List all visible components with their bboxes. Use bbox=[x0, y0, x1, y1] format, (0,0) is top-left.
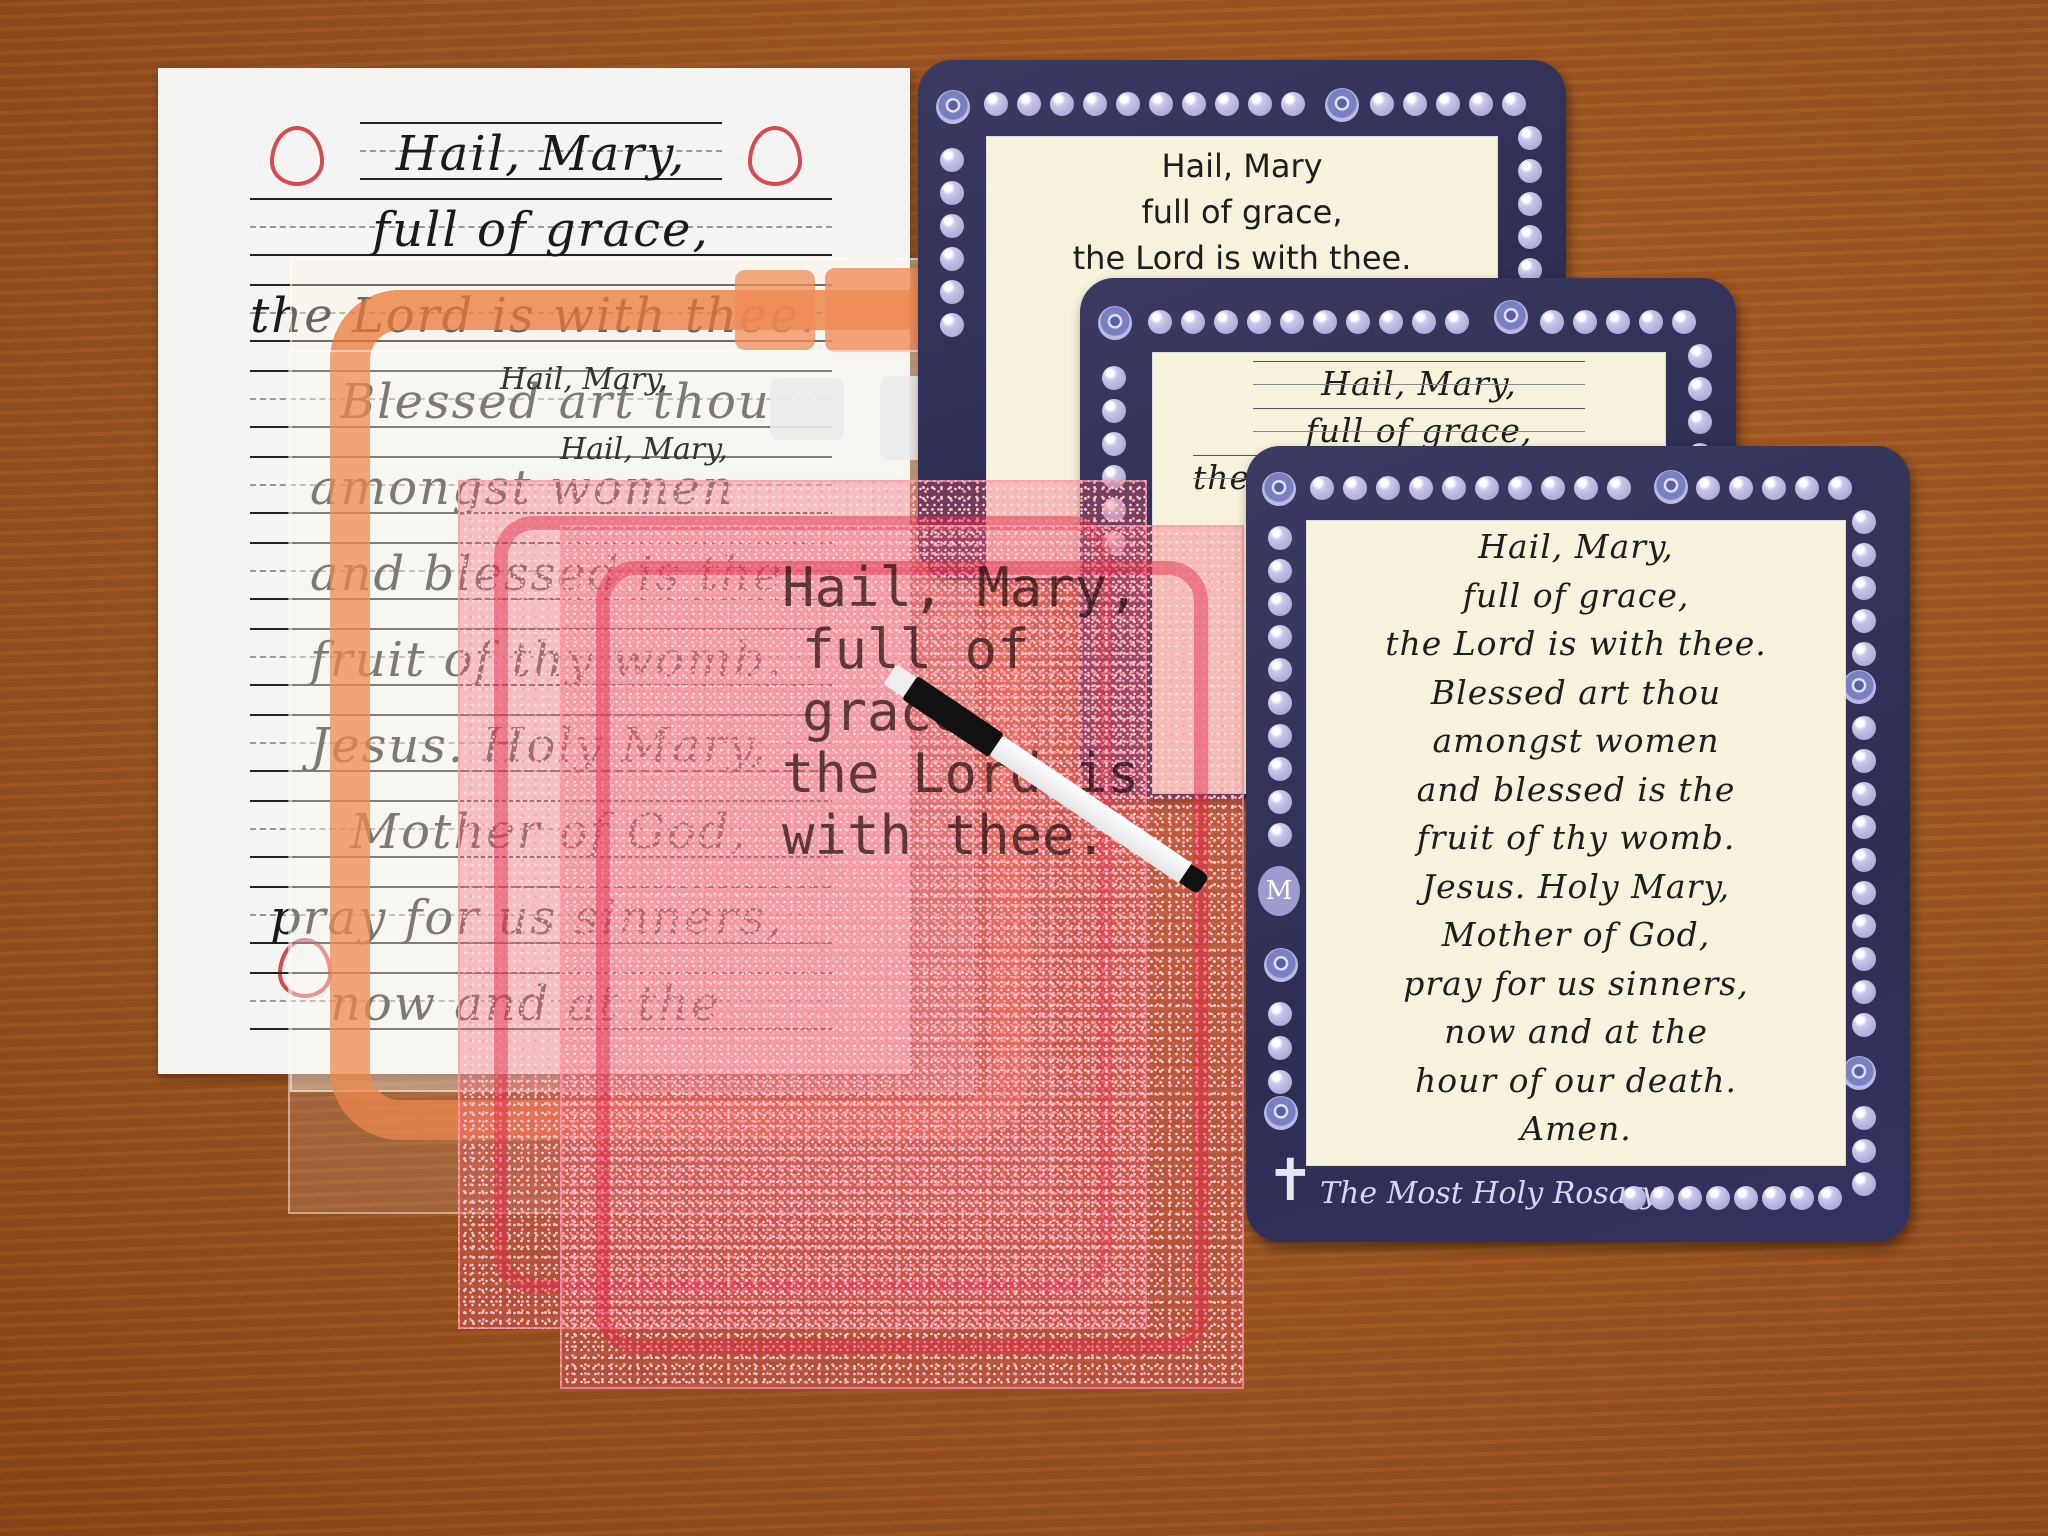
bead-icon bbox=[1343, 476, 1367, 500]
bead-icon bbox=[1574, 476, 1598, 500]
bead-icon bbox=[1818, 1186, 1842, 1210]
bead-icon bbox=[1403, 92, 1427, 116]
bead-icon bbox=[1852, 815, 1876, 839]
bead-icon bbox=[940, 181, 964, 205]
bead-icon bbox=[1281, 92, 1305, 116]
bead-icon bbox=[1409, 476, 1433, 500]
bead-icon bbox=[1688, 377, 1712, 401]
board-main-line: the Lord is with thee. bbox=[1307, 620, 1845, 669]
bead-icon bbox=[1678, 1186, 1702, 1210]
rose-icon bbox=[1098, 306, 1132, 340]
bead-icon bbox=[940, 280, 964, 304]
bead-icon bbox=[1268, 625, 1292, 649]
bead-icon bbox=[1622, 1186, 1646, 1210]
bead-icon bbox=[1696, 476, 1720, 500]
bead-icon bbox=[1268, 559, 1292, 583]
bead-icon bbox=[1268, 1070, 1292, 1094]
bead-icon bbox=[1508, 476, 1532, 500]
bead-icon bbox=[1518, 225, 1542, 249]
glitter-text: Hail, Mary, full of grace, the Lord is w… bbox=[782, 557, 1242, 867]
bead-icon bbox=[1706, 1186, 1730, 1210]
bead-icon bbox=[1370, 92, 1394, 116]
white-tab-small bbox=[770, 378, 844, 440]
board-main-line: fruit of thy womb. bbox=[1307, 814, 1845, 863]
board-print-line: the Lord is with thee. bbox=[987, 235, 1497, 281]
bead-icon bbox=[940, 148, 964, 172]
board-main-line: hour of our death. bbox=[1307, 1057, 1845, 1106]
worksheet-line: Hail, Mary, bbox=[360, 126, 722, 182]
bead-icon bbox=[1268, 691, 1292, 715]
rose-icon bbox=[1264, 1096, 1298, 1130]
bead-icon bbox=[1083, 92, 1107, 116]
bead-icon bbox=[1102, 432, 1126, 456]
bead-icon bbox=[1376, 476, 1400, 500]
bead-icon bbox=[1102, 399, 1126, 423]
bead-icon bbox=[1852, 947, 1876, 971]
bead-icon bbox=[1268, 823, 1292, 847]
bead-icon bbox=[1214, 310, 1238, 334]
marian-monogram-icon: M bbox=[1258, 866, 1300, 916]
bead-icon bbox=[1248, 92, 1272, 116]
bead-icon bbox=[1852, 1013, 1876, 1037]
bead-icon bbox=[1268, 658, 1292, 682]
bead-icon bbox=[1852, 716, 1876, 740]
bead-icon bbox=[1852, 881, 1876, 905]
bead-icon bbox=[1310, 476, 1334, 500]
board-main-line: pray for us sinners, bbox=[1307, 960, 1845, 1009]
bead-icon bbox=[1518, 192, 1542, 216]
bead-icon bbox=[1148, 310, 1172, 334]
bead-icon bbox=[1852, 782, 1876, 806]
board-main-line: Mother of God, bbox=[1307, 911, 1845, 960]
bead-icon bbox=[1181, 310, 1205, 334]
bead-icon bbox=[1852, 980, 1876, 1004]
rose-icon bbox=[1842, 670, 1876, 704]
rose-icon bbox=[1264, 948, 1298, 982]
rose-icon bbox=[1262, 472, 1296, 506]
bead-icon bbox=[984, 92, 1008, 116]
board-main-line: now and at the bbox=[1307, 1008, 1845, 1057]
bead-icon bbox=[1313, 310, 1337, 334]
board-main-line: full of grace, bbox=[1307, 572, 1845, 621]
bead-icon bbox=[1268, 724, 1292, 748]
bead-icon bbox=[1518, 159, 1542, 183]
bead-icon bbox=[1268, 1002, 1292, 1026]
bead-icon bbox=[1050, 92, 1074, 116]
overlay-line: Hail, Mary, bbox=[560, 432, 728, 467]
bead-icon bbox=[1795, 476, 1819, 500]
bead-icon bbox=[1852, 848, 1876, 872]
bead-icon bbox=[1852, 1139, 1876, 1163]
bead-icon bbox=[1268, 1036, 1292, 1060]
bead-icon bbox=[1268, 526, 1292, 550]
bead-icon bbox=[1650, 1186, 1674, 1210]
rose-icon bbox=[1325, 88, 1359, 122]
bead-icon bbox=[1149, 92, 1173, 116]
bead-icon bbox=[1280, 310, 1304, 334]
bead-icon bbox=[1790, 1186, 1814, 1210]
bead-icon bbox=[1102, 366, 1126, 390]
board-main-cursive[interactable]: M ✝ Hail, Mary, full of grace, the Lord … bbox=[1246, 446, 1910, 1242]
bead-icon bbox=[1518, 126, 1542, 150]
bead-icon bbox=[1852, 914, 1876, 938]
board-main-line: Hail, Mary, bbox=[1307, 523, 1845, 572]
board-guided-line: Hail, Mary, bbox=[1253, 362, 1585, 406]
bead-icon bbox=[1734, 1186, 1758, 1210]
bead-icon bbox=[1852, 543, 1876, 567]
bead-icon bbox=[1116, 92, 1140, 116]
bead-icon bbox=[1268, 592, 1292, 616]
bead-icon bbox=[1607, 476, 1631, 500]
bead-icon bbox=[940, 214, 964, 238]
bead-icon bbox=[1852, 609, 1876, 633]
board-main-line: amongst women bbox=[1307, 717, 1845, 766]
bead-icon bbox=[1672, 310, 1696, 334]
bead-icon bbox=[1852, 1106, 1876, 1130]
bead-icon bbox=[1268, 790, 1292, 814]
bead-icon bbox=[1215, 92, 1239, 116]
bead-icon bbox=[1852, 1172, 1876, 1196]
board-print-line: Hail, Mary bbox=[987, 143, 1497, 189]
bead-icon bbox=[1762, 1186, 1786, 1210]
board-main-line: and blessed is the bbox=[1307, 766, 1845, 815]
board-main-line: Amen. bbox=[1307, 1105, 1845, 1154]
bead-icon bbox=[1412, 310, 1436, 334]
bead-icon bbox=[1852, 576, 1876, 600]
bead-icon bbox=[1247, 310, 1271, 334]
bead-icon bbox=[1540, 310, 1564, 334]
rose-icon bbox=[1842, 1056, 1876, 1090]
bead-icon bbox=[1688, 410, 1712, 434]
bead-icon bbox=[940, 313, 964, 337]
worksheet-line: full of grace, bbox=[250, 202, 832, 258]
bead-icon bbox=[1852, 510, 1876, 534]
bead-icon bbox=[1688, 344, 1712, 368]
board-main-line: Jesus. Holy Mary, bbox=[1307, 863, 1845, 912]
bead-icon bbox=[1445, 310, 1469, 334]
bead-icon bbox=[1475, 476, 1499, 500]
bead-icon bbox=[1852, 749, 1876, 773]
orange-tab-small bbox=[735, 270, 815, 350]
bead-icon bbox=[1442, 476, 1466, 500]
bead-icon bbox=[940, 247, 964, 271]
bead-icon bbox=[1606, 310, 1630, 334]
overlay-line: Hail, Mary, bbox=[500, 362, 668, 397]
rose-icon bbox=[1494, 300, 1528, 334]
rose-icon bbox=[936, 90, 970, 124]
bead-icon bbox=[1436, 92, 1460, 116]
bead-icon bbox=[1469, 92, 1493, 116]
bead-icon bbox=[1346, 310, 1370, 334]
bead-icon bbox=[1379, 310, 1403, 334]
glitter-overlay-front[interactable]: Hail, Mary, full of grace, the Lord is w… bbox=[560, 525, 1244, 1389]
rose-icon bbox=[1654, 470, 1688, 504]
bead-icon bbox=[1017, 92, 1041, 116]
board-print-line: full of grace, bbox=[987, 189, 1497, 235]
bead-icon bbox=[1852, 642, 1876, 666]
bead-icon bbox=[1828, 476, 1852, 500]
bead-icon bbox=[1502, 92, 1526, 116]
bead-icon bbox=[1268, 757, 1292, 781]
bead-icon bbox=[1762, 476, 1786, 500]
bead-icon bbox=[1573, 310, 1597, 334]
bead-icon bbox=[1182, 92, 1206, 116]
bead-icon bbox=[1541, 476, 1565, 500]
bead-icon bbox=[1639, 310, 1663, 334]
board-footer-title: The Most Holy Rosary bbox=[1320, 1176, 1658, 1211]
board-main-line: Blessed art thou bbox=[1307, 669, 1845, 718]
bead-icon bbox=[1729, 476, 1753, 500]
